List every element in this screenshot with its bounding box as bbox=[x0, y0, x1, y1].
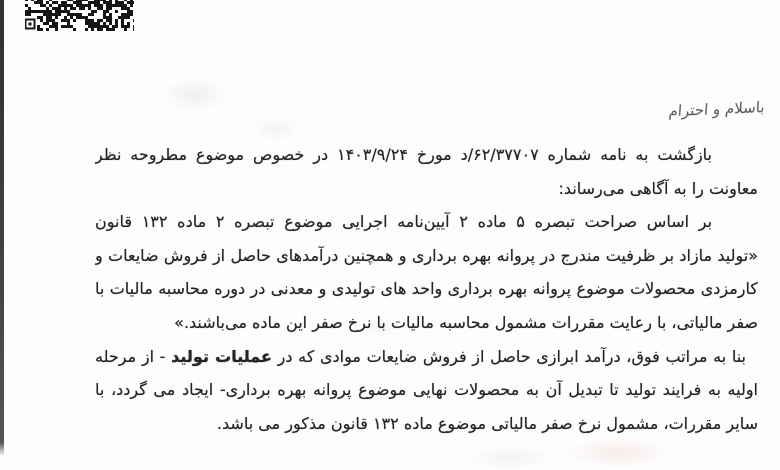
letter-line-7-text: بنا به مراتب فوق، درآمد ابرازی حاصل از ف… bbox=[272, 347, 746, 366]
datamatrix-barcode-icon bbox=[25, 0, 134, 31]
letter-line-4: «تولید مازاد بر ظرفیت مندرج در پروانه به… bbox=[95, 239, 758, 273]
letter-line-7-bold-text: عملیات تولید bbox=[171, 347, 272, 366]
scan-edge-artifact bbox=[0, 0, 4, 456]
letter-body: بازگشت به نامه شماره ۶۲/۳۷۷۰۷/د مورخ ۱۴۰… bbox=[95, 138, 758, 440]
stamp-ghost-smudge bbox=[566, 438, 670, 468]
letter-line-1: بازگشت به نامه شماره ۶۲/۳۷۷۰۷/د مورخ ۱۴۰… bbox=[95, 138, 758, 172]
letter-line-7: بنا به مراتب فوق، درآمد ابرازی حاصل از ف… bbox=[95, 340, 758, 374]
letter-line-2: معاونت را به آگاهی می‌رساند: bbox=[95, 172, 758, 206]
letter-line-3: بر اساس صراحت تبصره ۵ ماده ۲ آیین‌نامه ا… bbox=[95, 205, 758, 239]
letter-line-8: اولیه به فرایند تولید تا تبدیل آن به محص… bbox=[95, 373, 758, 407]
letter-line-5: کارمزدی محصولات موضوع پروانه بهره برداری… bbox=[95, 272, 758, 306]
letter-line-6: صفر مالیاتی، با رعایت مقررات مشمول محاسب… bbox=[95, 306, 758, 340]
barcode bbox=[25, 0, 134, 31]
scan-smudge bbox=[468, 446, 552, 470]
scan-smudge bbox=[160, 78, 230, 112]
letter-line-9: سایر مقررات، مشمول نرخ صفر مالیاتی موضوع… bbox=[95, 407, 758, 441]
handwritten-greeting: باسلام و احترام bbox=[667, 98, 779, 139]
scan-page: باسلام و احترام بازگشت به نامه شماره ۶۲/… bbox=[0, 0, 780, 470]
